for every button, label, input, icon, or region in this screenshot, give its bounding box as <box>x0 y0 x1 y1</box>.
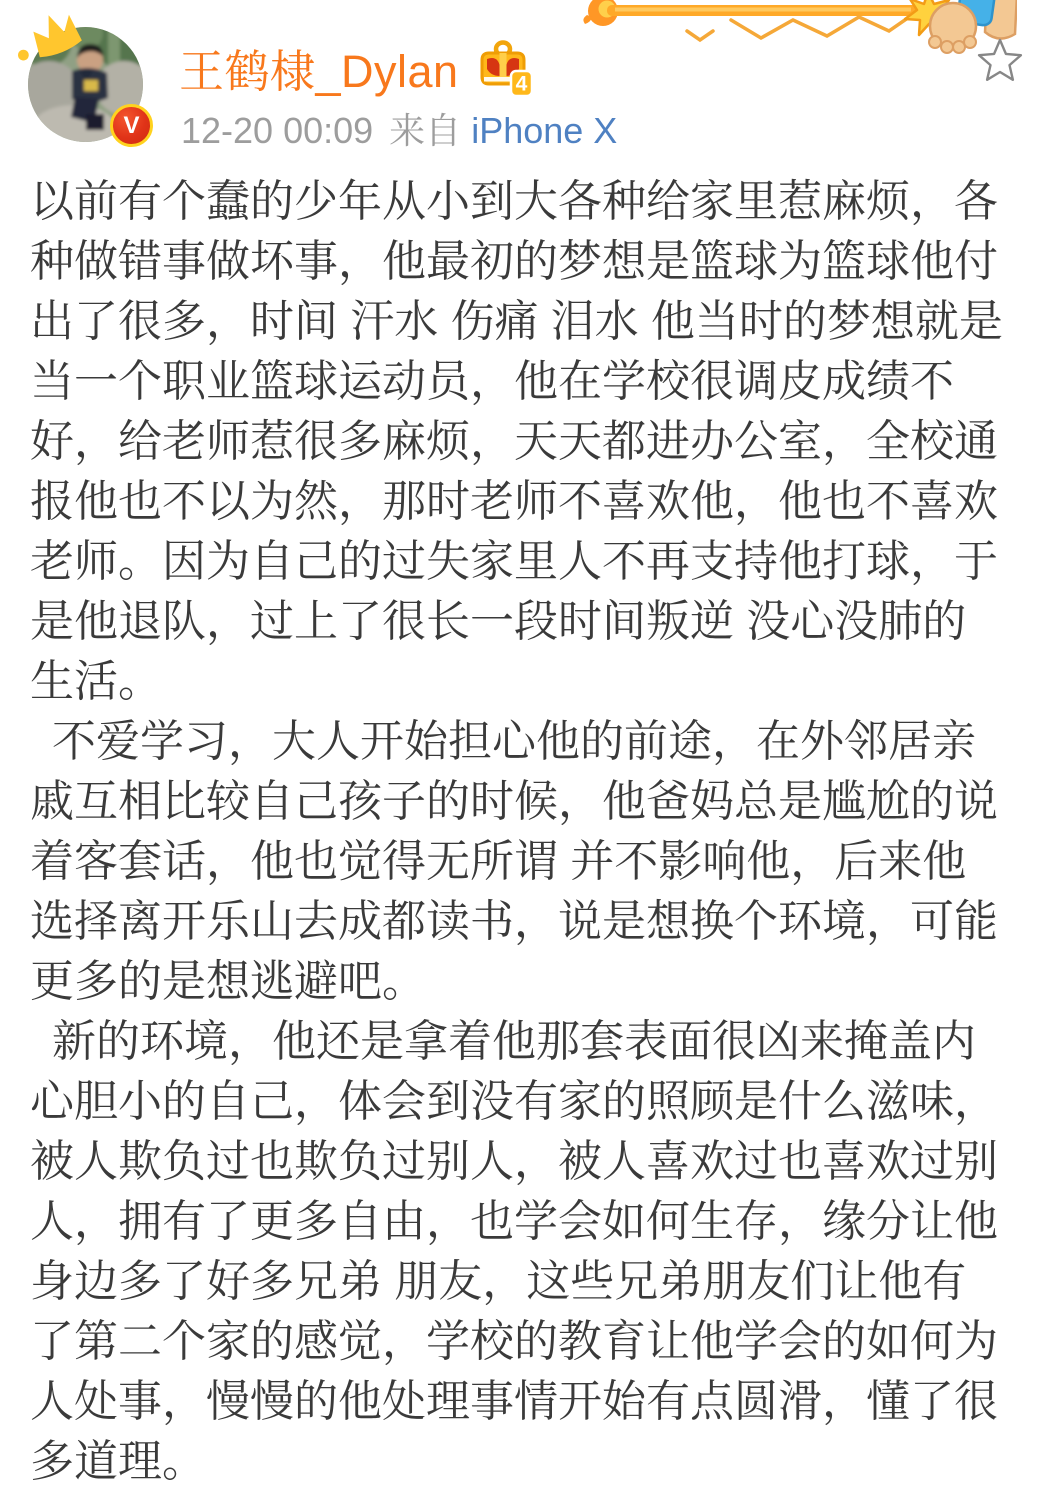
verified-letter: V <box>123 114 139 138</box>
crown-decoration-icon <box>16 5 88 67</box>
paragraph: 以前有个蠢的少年从小到大各种给家里惹麻烦，各种做错事做坏事，他最初的梦想是篮球为… <box>30 172 1010 712</box>
vip-crown-badge-icon[interactable]: 4 <box>475 40 535 98</box>
post-header: V 王鹤棣_Dylan 4 12-20 00:09来自 iPhone X <box>0 0 1040 178</box>
post-meta: 12-20 00:09来自 iPhone X <box>181 103 617 154</box>
username[interactable]: 王鹤棣_Dylan <box>179 35 459 100</box>
favorite-star-icon[interactable] <box>976 35 1024 87</box>
paragraph: 新的环境，他还是拿着他那套表面很凶来掩盖内心胆小的自己，体会到没有家的照顾是什么… <box>30 1012 1010 1492</box>
timestamp: 12-20 00:09 <box>181 110 373 151</box>
verified-v-badge: V <box>110 104 153 147</box>
avatar[interactable]: V <box>28 27 143 142</box>
post-text: 以前有个蠢的少年从小到大各种给家里惹麻烦，各种做错事做坏事，他最初的梦想是篮球为… <box>30 172 1010 1492</box>
source-prefix: 来自 <box>389 110 461 151</box>
vip-level: 4 <box>515 73 527 96</box>
source-link[interactable]: iPhone X <box>471 110 617 151</box>
paragraph: 不爱学习，大人开始担心他的前途，在外邻居亲戚互相比较自己孩子的时候，他爸妈总是尴… <box>30 712 1010 1012</box>
username-row: 王鹤棣_Dylan 4 <box>179 38 535 96</box>
